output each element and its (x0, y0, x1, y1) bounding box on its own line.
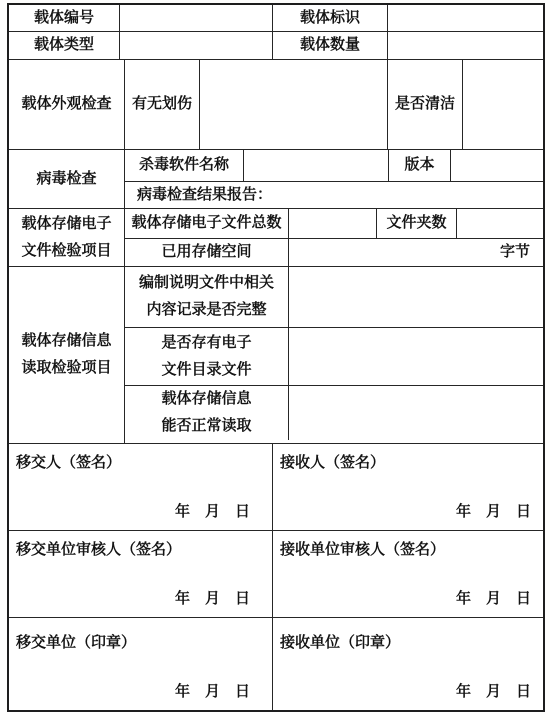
appearance-check-label: 载体外观检查 (9, 60, 124, 149)
readable-line2: 能否正常读取 (161, 413, 251, 440)
transfer-auditor-cell: 移交单位审核人（签名） 年 月 日 (9, 531, 272, 617)
receive-auditor-label: 接收单位审核人（签名） (273, 541, 543, 561)
receive-auditor-cell: 接收单位审核人（签名） 年 月 日 (272, 531, 543, 617)
readability-label: 载体存储信息 读取检验项目 (9, 267, 124, 443)
description-completeness-line2: 内容记录是否完整 (146, 297, 266, 324)
readable-value (288, 386, 543, 440)
transfer-auditor-date: 年 月 日 (9, 590, 272, 610)
stored-files-label-line2: 文件检验项目 (21, 238, 111, 265)
total-files-value (288, 209, 376, 238)
antivirus-name-label: 杀毒软件名称 (125, 150, 243, 181)
directory-file-line2: 文件目录文件 (161, 357, 251, 384)
virus-report-label: 病毒检查结果报告： (125, 182, 543, 209)
scratch-value (199, 60, 387, 149)
receive-person-date: 年 月 日 (273, 503, 543, 523)
carrier-quantity-value (387, 32, 543, 59)
row-stored-files: 载体存储电子 文件检验项目 载体存储电子文件总数 文件夹数 已用存储空间 字节 (9, 208, 543, 266)
readability-label-line1: 载体存储信息 (21, 328, 111, 355)
transfer-person-label: 移交人（签名） (9, 454, 272, 474)
virus-software-row: 杀毒软件名称 版本 (125, 150, 543, 181)
description-completeness-label: 编制说明文件中相关 内容记录是否完整 (125, 267, 288, 327)
readability-label-line2: 读取检验项目 (21, 355, 111, 382)
receive-person-label: 接收人（签名） (273, 454, 543, 474)
readable-line1: 载体存储信息 (161, 386, 251, 413)
receive-unit-label: 接收单位（印章） (273, 634, 543, 654)
directory-file-line1: 是否存有电子 (161, 330, 251, 357)
version-value (450, 150, 543, 181)
transfer-auditor-label: 移交单位审核人（签名） (9, 541, 272, 561)
carrier-type-label: 载体类型 (9, 32, 119, 59)
row-auditor-signatures: 移交单位审核人（签名） 年 月 日 接收单位审核人（签名） 年 月 日 (9, 530, 543, 617)
carrier-number-label: 载体编号 (9, 5, 119, 31)
readable-row: 载体存储信息 能否正常读取 (125, 385, 543, 440)
transfer-unit-label: 移交单位（印章） (9, 634, 272, 654)
stored-files-rows: 载体存储电子文件总数 文件夹数 已用存储空间 字节 (124, 209, 543, 266)
folder-count-label: 文件夹数 (376, 209, 456, 238)
row-carrier-number: 载体编号 载体标识 (9, 5, 543, 31)
virus-check-label: 病毒检查 (9, 150, 124, 208)
row-person-signatures: 移交人（签名） 年 月 日 接收人（签名） 年 月 日 (9, 443, 543, 530)
description-completeness-value (288, 267, 543, 327)
virus-check-rows: 杀毒软件名称 版本 病毒检查结果报告： (124, 150, 543, 208)
row-unit-seals: 移交单位（印章） 年 月 日 接收单位（印章） 年 月 日 (9, 617, 543, 710)
receive-unit-cell: 接收单位（印章） 年 月 日 (272, 618, 543, 710)
clean-label: 是否清洁 (387, 60, 462, 149)
transfer-person-date: 年 月 日 (9, 503, 272, 523)
total-files-label: 载体存储电子文件总数 (125, 209, 288, 238)
readability-rows: 编制说明文件中相关 内容记录是否完整 是否存有电子 文件目录文件 载体存储信息 … (124, 267, 543, 443)
row-readability: 载体存储信息 读取检验项目 编制说明文件中相关 内容记录是否完整 是否存有电子 … (9, 266, 543, 443)
scanned-form-page: { "palette": { "background": "#ffffff", … (0, 0, 550, 720)
directory-file-label: 是否存有电子 文件目录文件 (125, 328, 288, 385)
description-completeness-line1: 编制说明文件中相关 (139, 270, 274, 297)
clean-value (462, 60, 543, 149)
carrier-handover-inspection-form: 载体编号 载体标识 载体类型 载体数量 载体外观检查 有无划伤 是否清洁 病毒检… (7, 3, 545, 712)
transfer-person-cell: 移交人（签名） 年 月 日 (9, 444, 272, 530)
virus-report-row: 病毒检查结果报告： (125, 181, 543, 209)
antivirus-name-value (243, 150, 388, 181)
receive-auditor-date: 年 月 日 (273, 590, 543, 610)
scratch-label: 有无划伤 (124, 60, 199, 149)
transfer-unit-date: 年 月 日 (9, 683, 272, 703)
receive-person-cell: 接收人（签名） 年 月 日 (272, 444, 543, 530)
carrier-type-value (119, 32, 272, 59)
row-virus-check: 病毒检查 杀毒软件名称 版本 病毒检查结果报告： (9, 149, 543, 208)
used-space-value-with-unit: 字节 (288, 239, 543, 266)
carrier-number-value (119, 5, 272, 31)
directory-file-row: 是否存有电子 文件目录文件 (125, 327, 543, 385)
readable-label: 载体存储信息 能否正常读取 (125, 386, 288, 440)
used-space-row: 已用存储空间 字节 (125, 238, 543, 266)
description-completeness-row: 编制说明文件中相关 内容记录是否完整 (125, 267, 543, 327)
carrier-quantity-label: 载体数量 (272, 32, 387, 59)
directory-file-value (288, 328, 543, 385)
stored-files-label-line1: 载体存储电子 (21, 211, 111, 238)
used-space-label: 已用存储空间 (125, 239, 288, 266)
folder-count-value (456, 209, 543, 238)
transfer-unit-cell: 移交单位（印章） 年 月 日 (9, 618, 272, 710)
receive-unit-date: 年 月 日 (273, 683, 543, 703)
stored-files-label: 载体存储电子 文件检验项目 (9, 209, 124, 266)
file-count-row: 载体存储电子文件总数 文件夹数 (125, 209, 543, 238)
version-label: 版本 (388, 150, 450, 181)
carrier-id-label: 载体标识 (272, 5, 387, 31)
row-appearance-check: 载体外观检查 有无划伤 是否清洁 (9, 59, 543, 149)
carrier-id-value (387, 5, 543, 31)
row-carrier-type: 载体类型 载体数量 (9, 31, 543, 59)
